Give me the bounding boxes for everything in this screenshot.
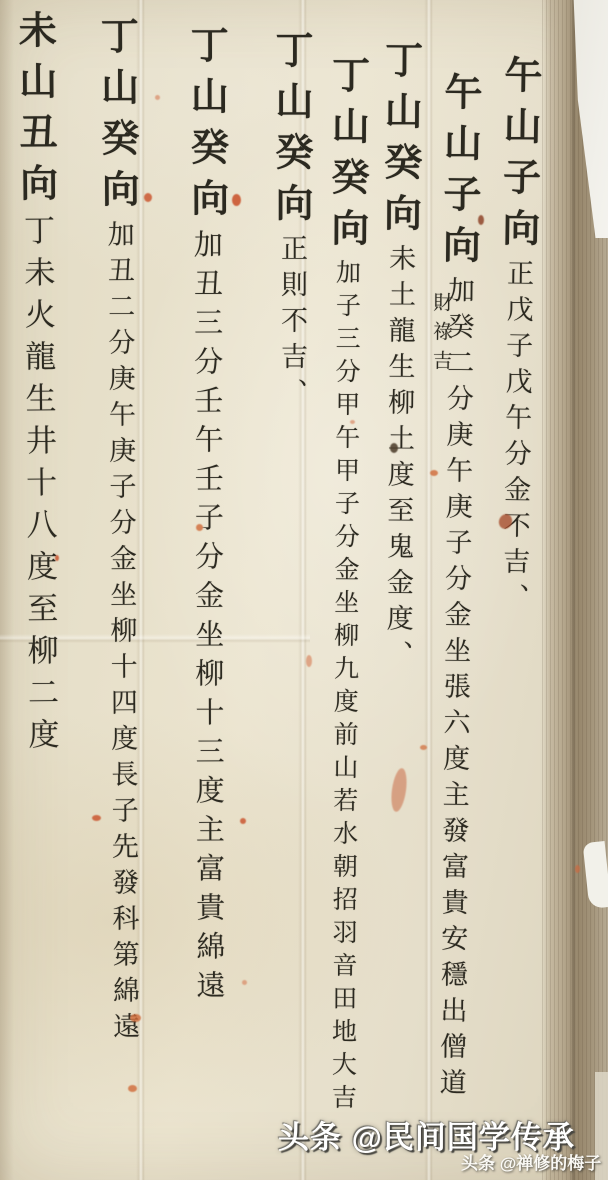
column-body: 未土龍生柳土度至鬼金度、: [381, 244, 415, 676]
column-body: 加癸二分庚午庚子分金坐張六度主發富貴安穩出僧道: [434, 276, 474, 1104]
column-body: 正則不吉、: [276, 234, 307, 414]
column-header: 丁山癸向: [94, 16, 140, 220]
column-side-note: 財祿吉: [430, 292, 453, 379]
manuscript-column: 丁山癸向正則不吉、: [263, 0, 319, 1180]
manuscript-column: 未山丑向丁未火龍生井十八度至柳二度: [6, 0, 72, 1180]
manuscript-column: 丁山癸向加子三分甲午甲子分金坐柳九度前山若水朝招羽音田地大吉: [314, 0, 376, 1180]
column-header: 丁山癸向: [377, 40, 423, 244]
column-header: 未山丑向: [12, 10, 59, 214]
column-header: 丁山癸向: [269, 30, 314, 234]
manuscript-column: 午山子向正戊子戊午分金不吉、: [477, 0, 549, 1180]
column-header: 丁山癸向: [184, 25, 230, 229]
column-body: 丁未火龍生井十八度至柳二度: [18, 214, 59, 760]
text-columns: 午山子向正戊子戊午分金不吉、 午山子向加癸二分庚午庚子分金坐張六度主發富貴安穩出…: [0, 0, 608, 1180]
manuscript-photo: 午山子向正戊子戊午分金不吉、 午山子向加癸二分庚午庚子分金坐張六度主發富貴安穩出…: [0, 0, 608, 1180]
column-header: 丁山癸向: [325, 55, 371, 259]
column-body: 加丑三分壬午壬子分金坐柳十三度主富貴綿遠: [190, 229, 227, 1009]
manuscript-column: 丁山癸向加丑二分庚午庚子分金坐柳十四度長子先發科第綿遠: [88, 0, 152, 1180]
column-header: 午山子向: [495, 55, 543, 260]
column-body: 正戊子戊午分金不吉、: [497, 259, 533, 619]
column-header: 午山子向: [436, 72, 483, 276]
column-body: 加丑二分庚午庚子分金坐柳十四度長子先發科第綿遠: [103, 220, 140, 1048]
column-body: 加子三分甲午甲子分金坐柳九度前山若水朝招羽音田地大吉: [328, 259, 361, 1117]
manuscript-column: 丁山癸向加丑三分壬午壬子分金坐柳十三度主富貴綿遠: [178, 0, 238, 1180]
watermark-secondary: 头条 @禅修的梅子: [461, 1149, 601, 1174]
